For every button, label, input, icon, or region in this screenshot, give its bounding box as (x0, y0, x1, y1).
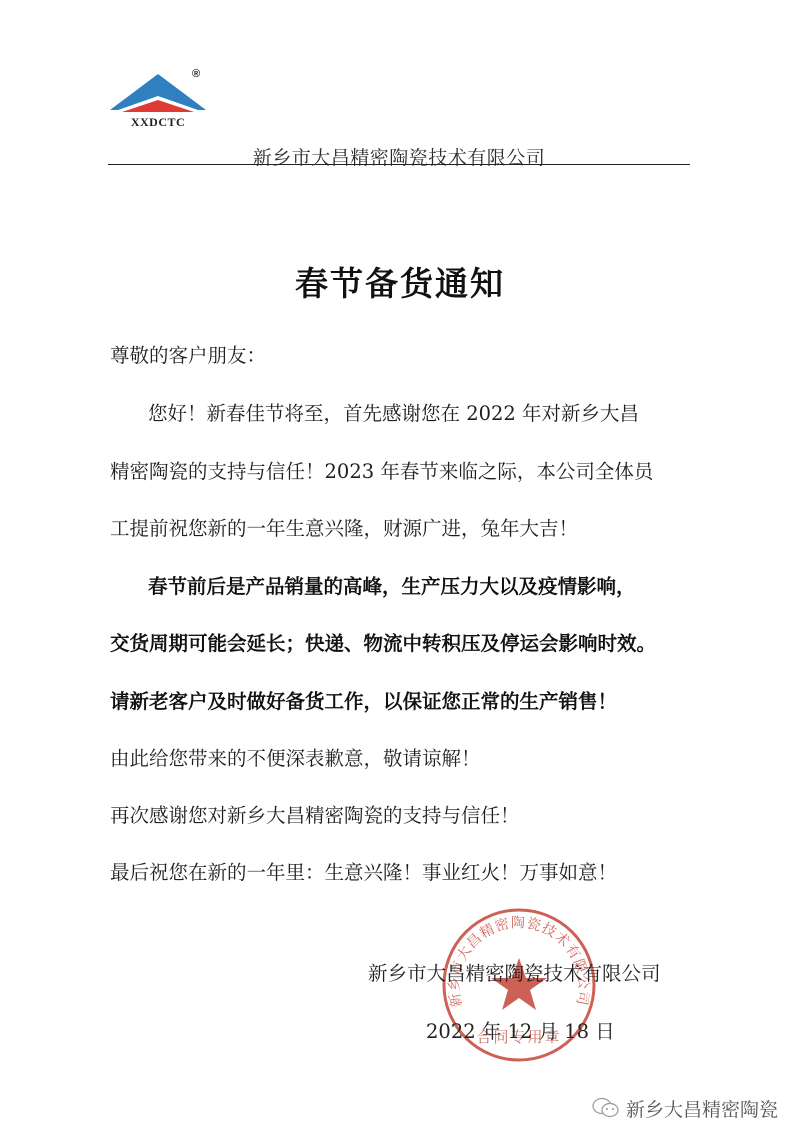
salutation: 尊敬的客户朋友： (110, 340, 266, 368)
signature-company: 新乡市大昌精密陶瓷技术有限公司 (368, 958, 661, 986)
letterhead-company-name: 新乡市大昌精密陶瓷技术有限公司 (108, 143, 690, 170)
document-title: 春节备货通知 (0, 258, 800, 305)
registered-mark: ® (192, 68, 200, 80)
paragraph1-line3: 工提前祝您新的一年生意兴隆，财源广进，兔年大吉！ (110, 513, 578, 541)
paragraph2-line1: 春节前后是产品销量的高峰，生产压力大以及疫情影响， (148, 571, 636, 599)
paragraph1-line1: 您好！新春佳节将至，首先感谢您在 2022 年对新乡大昌 (148, 398, 639, 426)
wechat-watermark: 新乡大昌精密陶瓷 (592, 1093, 778, 1123)
company-logo: ® XXDCTC (108, 70, 208, 132)
paragraph1-line2: 精密陶瓷的支持与信任！2023 年春节来临之际，本公司全体员 (110, 456, 653, 484)
watermark-text: 新乡大昌精密陶瓷 (626, 1095, 778, 1122)
closing-line1: 由此给您带来的不便深表歉意，敬请谅解！ (110, 743, 481, 771)
signature-date: 2022 年 12 月 18 日 (426, 1016, 615, 1044)
paragraph2-line2: 交货周期可能会延长；快递、物流中转积压及停运会影响时效。 (110, 628, 656, 656)
wechat-icon (592, 1096, 620, 1120)
paragraph2-line3: 请新老客户及时做好备货工作，以保证您正常的生产销售！ (110, 686, 617, 714)
closing-line3: 最后祝您在新的一年里：生意兴隆！事业红火！万事如意！ (110, 857, 617, 885)
closing-line2: 再次感谢您对新乡大昌精密陶瓷的支持与信任！ (110, 800, 520, 828)
letterhead-divider (108, 164, 690, 165)
logo-text: XXDCTC (108, 115, 208, 130)
